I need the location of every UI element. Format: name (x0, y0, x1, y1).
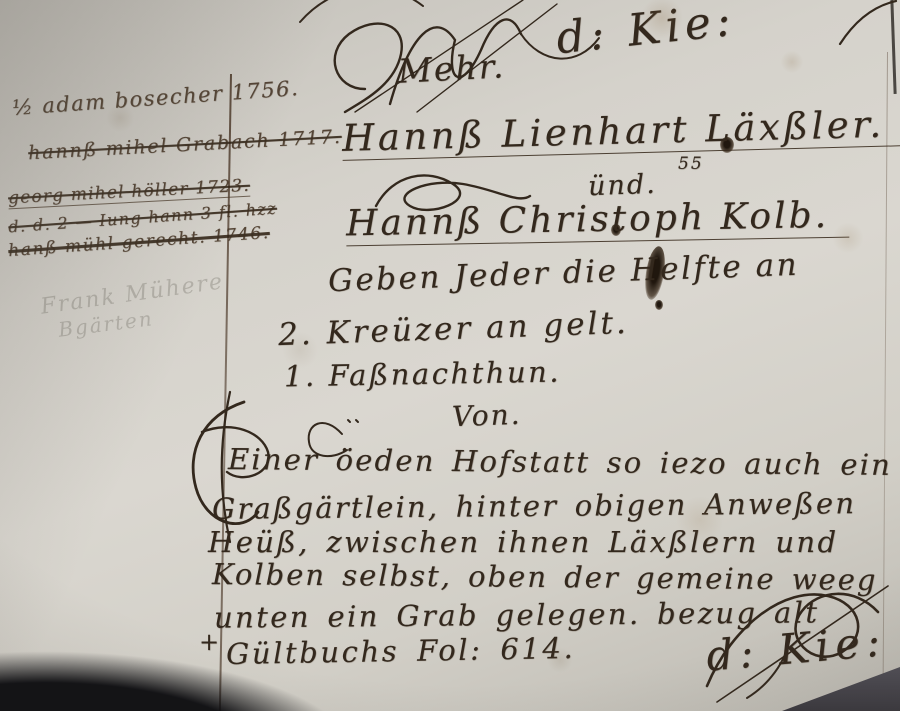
body-line: Kolben selbst, oben der gemeine weeg (212, 560, 878, 595)
corner-stroke-flourish-icon (838, 0, 898, 46)
obligation-line: Geben Jeder die Helfte an (328, 250, 800, 297)
margin-entry-struck: hannß mihel Grabach 1717. (28, 128, 342, 163)
margin-cross-mark: + (199, 630, 219, 654)
margin-entry: ½ adam bosecher 1756. (12, 78, 300, 119)
body-line: Heüß, zwischen ihnen Läxßlern und (208, 528, 838, 557)
conjunction-word: ünd. (588, 171, 658, 200)
body-line: Gültbuchs Fol: 614. (226, 634, 576, 669)
body-line: Einer öeden Hofstatt so iezo auch ein (228, 445, 892, 480)
section-word: Von. (452, 401, 522, 431)
obligation-line: 2. Kreüzer an gelt. (278, 308, 630, 351)
obligation-line: 1. Faßnachthun. (284, 358, 561, 392)
party-name-1-note: 55 (678, 156, 704, 173)
manuscript-page: ½ adam bosecher 1756. hannß mihel Grabac… (0, 0, 900, 711)
body-line: Graßgärtlein, hinter obigen Anweßen (212, 489, 856, 524)
ink-blot (655, 300, 663, 310)
party-name-2: Hannß Christoph Kolb. (346, 198, 850, 247)
header-heading: Mehr. (397, 49, 506, 88)
body-line: unten ein Grab gelegen. bezug alt (214, 598, 820, 632)
